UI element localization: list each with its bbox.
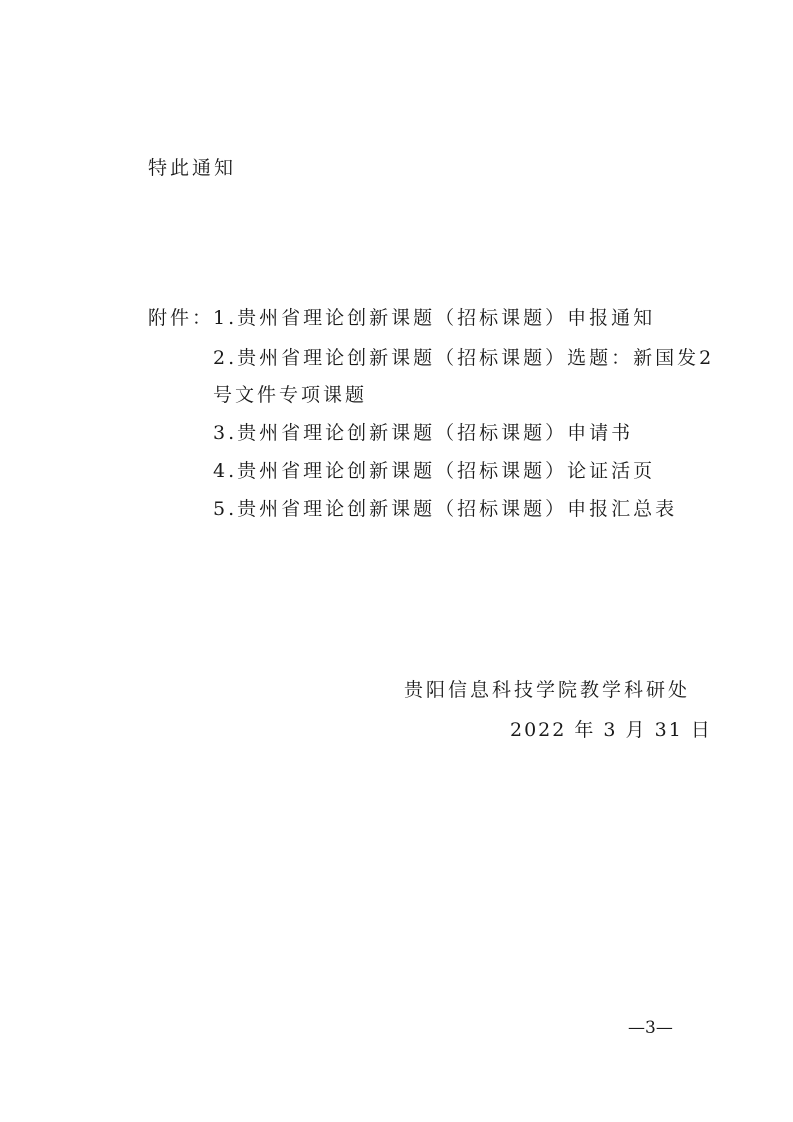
attachment-text: 贵州省理论创新课题（招标课题）选题：新国发2 [237,347,714,369]
attachment-text: 贵州省理论创新课题（招标课题）申报通知 [237,307,655,329]
attachment-number: 5. [213,498,237,520]
closing-remark: 特此通知 [148,156,236,180]
document-page: 特此通知 附件： 1.贵州省理论创新课题（招标课题）申报通知 2.贵州省理论创新… [0,0,793,1122]
attachment-item-4: 4.贵州省理论创新课题（招标课题）论证活页 [213,459,655,483]
attachment-item-2-continuation: 号文件专项课题 [213,383,367,407]
attachment-item-1: 1.贵州省理论创新课题（招标课题）申报通知 [213,306,655,330]
attachment-item-3: 3.贵州省理论创新课题（招标课题）申请书 [213,421,633,445]
attachments-label: 附件： [148,306,214,330]
attachment-item-5: 5.贵州省理论创新课题（招标课题）申报汇总表 [213,497,677,521]
attachment-number: 2. [213,347,237,369]
issue-date: 2022 年 3 月 31 日 [510,718,712,742]
attachment-item-2: 2.贵州省理论创新课题（招标课题）选题：新国发2 [213,346,714,370]
attachment-text: 贵州省理论创新课题（招标课题）申报汇总表 [237,498,677,520]
attachment-text: 贵州省理论创新课题（招标课题）论证活页 [237,460,655,482]
attachment-number: 3. [213,422,237,444]
attachment-number: 4. [213,460,237,482]
issuer-name: 贵阳信息科技学院教学科研处 [404,678,690,702]
attachment-number: 1. [213,307,237,329]
attachment-text: 贵州省理论创新课题（招标课题）申请书 [237,422,633,444]
page-number: —3— [628,1018,673,1038]
